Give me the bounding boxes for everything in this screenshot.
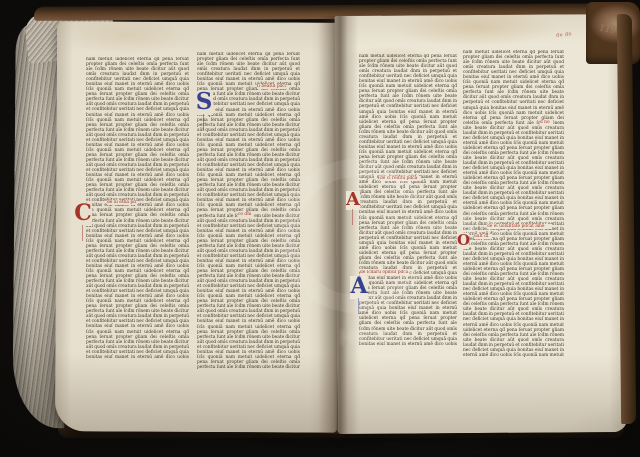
manuscript-photo: nam metuit uidelicet eterna qđ pena ſeru… <box>0 0 640 457</box>
rubric-heading: ſi beatuſ pđca <box>257 84 286 89</box>
red-ink-accent: uult đſ <box>474 234 492 239</box>
illuminated-initial: A <box>350 276 368 299</box>
red-ink-accent: đ nō <box>540 120 553 125</box>
text-column-right-b: nam metuit uidelicet eterna qđ pena ſeru… <box>463 50 564 358</box>
rubric-heading: đe ei uoluntate pđcat amē <box>487 224 552 229</box>
illuminated-initial: O <box>457 233 469 249</box>
illuminated-initial: C <box>74 203 92 226</box>
illuminated-initial: A <box>346 191 360 210</box>
text-column-right-a: nam metuit uidelicet eterna qđ pena ſeru… <box>359 54 457 346</box>
rubric-heading: đe ci ređitu pđca <box>380 176 421 181</box>
text-column-left-a: nam metuit uidelicet eterna qđ pena ſeru… <box>86 57 189 360</box>
red-ink-accent: cō đnī <box>238 212 254 217</box>
rubric-heading: đe ui etnā pđca <box>107 200 136 205</box>
text-columns: nam metuit uidelicet eterna qđ pena ſeru… <box>0 0 640 457</box>
illuminated-initial: S <box>195 91 213 115</box>
